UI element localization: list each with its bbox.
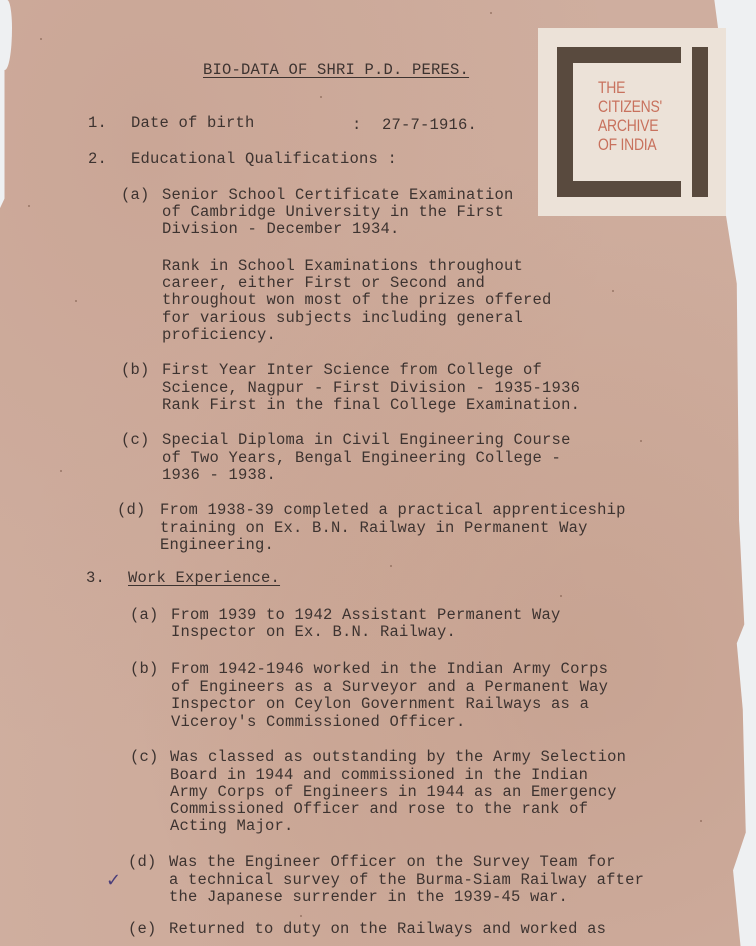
document-body: BIO-DATA OF SHRI P.D. PERES. 1. Date of … [0, 0, 756, 946]
section-heading: Date of birth [131, 115, 255, 133]
item-line: throughout won most of the prizes offere… [162, 292, 552, 310]
item-label: (c) [130, 749, 159, 767]
item-line: First Year Inter Science from College of [162, 362, 542, 380]
item-line: Viceroy's Commissioned Officer. [171, 714, 466, 732]
item-label: (a) [130, 607, 159, 625]
item-line: From 1938-39 completed a practical appre… [160, 502, 626, 520]
item-line: Returned to duty on the Railways and wor… [169, 921, 606, 939]
item-line: Was classed as outstanding by the Army S… [170, 749, 626, 767]
item-line: of Cambridge University in the First [162, 204, 504, 222]
item-label: (a) [121, 187, 150, 205]
item-label: (d) [128, 854, 157, 872]
item-label: (b) [130, 661, 159, 679]
item-line: Acting Major. [170, 818, 294, 836]
item-label: (e) [128, 921, 157, 939]
item-line: Inspector on Ex. B.N. Railway. [171, 624, 456, 642]
item-label: (c) [121, 432, 150, 450]
item-line: Commissioned Officer and rose to the ran… [170, 801, 588, 819]
item-line: From 1942-1946 worked in the Indian Army… [171, 661, 608, 679]
item-label: (d) [117, 502, 146, 520]
item-line: a technical survey of the Burma-Siam Rai… [169, 872, 644, 890]
item-line: for various subjects including general [162, 310, 523, 328]
document-title: BIO-DATA OF SHRI P.D. PERES. [203, 62, 469, 80]
section-number: 1. [88, 115, 107, 133]
item-line: Engineering. [160, 537, 274, 555]
item-line: Rank in School Examinations throughout [162, 258, 523, 276]
item-line: of Engineers as a Surveyor and a Permane… [171, 679, 608, 697]
item-line: career, either First or Second and [162, 275, 485, 293]
date-of-birth-value: 27-7-1916. [382, 117, 477, 135]
item-line: proficiency. [162, 327, 276, 345]
field-separator: : [352, 117, 362, 135]
item-line: of Two Years, Bengal Engineering College… [162, 450, 561, 468]
item-line: Special Diploma in Civil Engineering Cou… [162, 432, 571, 450]
item-line: 1936 - 1938. [162, 467, 276, 485]
item-line: From 1939 to 1942 Assistant Permanent Wa… [171, 607, 561, 625]
item-line: Army Corps of Engineers in 1944 as an Em… [170, 784, 617, 802]
section-number: 3. [86, 570, 105, 588]
item-line: Division - December 1934. [162, 221, 400, 239]
item-line: Was the Engineer Officer on the Survey T… [169, 854, 616, 872]
item-line: Science, Nagpur - First Division - 1935-… [162, 380, 580, 398]
item-line: Rank First in the final College Examinat… [162, 397, 580, 415]
section-heading: Educational Qualifications : [131, 151, 397, 169]
tick-mark-icon: ✓ [106, 870, 121, 891]
item-label: (b) [121, 362, 150, 380]
item-line: Inspector on Ceylon Government Railways … [171, 696, 589, 714]
item-line: Senior School Certificate Examination [162, 187, 514, 205]
item-line: Board in 1944 and commissioned in the In… [170, 767, 588, 785]
item-line: training on Ex. B.N. Railway in Permanen… [160, 520, 588, 538]
section-number: 2. [88, 151, 107, 169]
item-line: the Japanese surrender in the 1939-45 wa… [169, 889, 568, 907]
section-heading: Work Experience. [128, 570, 280, 588]
